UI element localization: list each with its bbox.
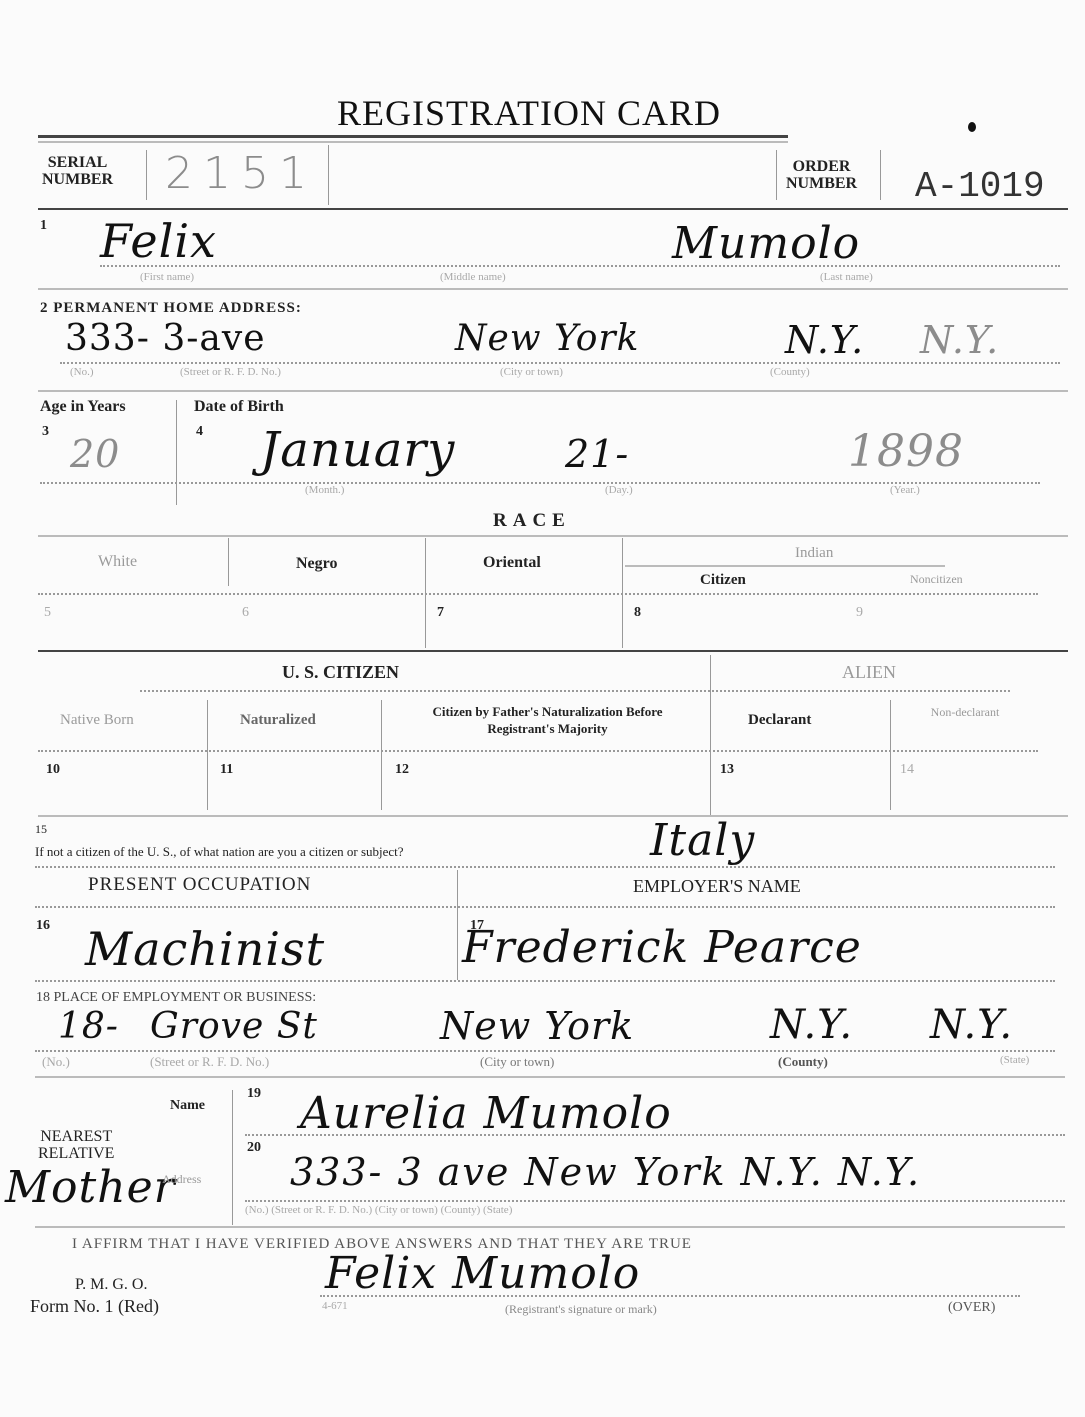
field-12-number: 12 xyxy=(395,762,409,778)
registrant-signature: Felix Mumolo xyxy=(325,1248,640,1299)
declarant-label: Declarant xyxy=(748,712,811,729)
relative-address-caption: (No.) (Street or R. F. D. No.) (City or … xyxy=(245,1204,512,1216)
relative-address-value: 333- 3 ave New York N.Y. N.Y. xyxy=(290,1150,921,1194)
occupation-heading: PRESENT OCCUPATION xyxy=(88,874,311,896)
field-13-number: 13 xyxy=(720,762,734,778)
dob-caption-month: (Month.) xyxy=(305,484,344,496)
ink-dot xyxy=(968,122,976,132)
employment-county: N.Y. xyxy=(770,1002,853,1048)
indian-subrule xyxy=(625,565,945,567)
citizen-divider-2 xyxy=(381,700,382,810)
employment-caption-no: (No.) xyxy=(42,1054,70,1070)
field-5-number: 5 xyxy=(44,605,51,621)
field-10-number: 10 xyxy=(46,762,60,778)
nearest-relative-label: NEAREST RELATIVE xyxy=(38,1128,114,1162)
naturalized-label: Naturalized xyxy=(240,712,316,729)
relative-relation-value: Mother xyxy=(5,1162,176,1213)
nation-question: If not a citizen of the U. S., of what n… xyxy=(35,844,404,860)
first-name-value: Felix xyxy=(100,214,217,268)
field-8-number: 8 xyxy=(634,605,641,621)
occupation-line xyxy=(35,980,1055,982)
fathers-naturalization-label: Citizen by Father's Naturalization Befor… xyxy=(400,703,695,737)
race-noncitizen-label: Noncitizen xyxy=(910,572,963,587)
occupation-divider xyxy=(457,870,458,980)
dob-caption-year: (Year.) xyxy=(890,484,920,496)
race-indian-label: Indian xyxy=(795,545,833,562)
nearest-relative-label-line-1: NEAREST xyxy=(38,1128,114,1145)
order-divider-left xyxy=(776,150,777,200)
race-citizen-label: Citizen xyxy=(700,572,746,589)
title-rule-2 xyxy=(38,141,788,143)
order-number-label: ORDER NUMBER xyxy=(786,158,857,192)
serial-label-line-1: SERIAL xyxy=(42,154,113,171)
address-caption-county: (County) xyxy=(770,366,810,378)
race-label-rule xyxy=(38,593,1038,595)
race-oriental-label: Oriental xyxy=(483,554,541,572)
field-9-number: 9 xyxy=(856,605,863,621)
over-label: (OVER) xyxy=(948,1300,995,1316)
citizen-divider-1 xyxy=(207,700,208,810)
citizen-label-rule xyxy=(38,750,1038,752)
address-caption-city: (City or town) xyxy=(500,366,563,378)
field-20-number: 20 xyxy=(247,1140,261,1156)
occupation-value: Machinist xyxy=(85,922,325,976)
age-value: 20 xyxy=(70,432,120,476)
employer-value: Frederick Pearce xyxy=(462,922,862,973)
address-caption-street: (Street or R. F. D. No.) xyxy=(180,366,281,378)
serial-box-right xyxy=(328,145,329,205)
field-14-number: 14 xyxy=(900,762,914,778)
alien-heading: ALIEN xyxy=(842,662,896,683)
relative-name-value: Aurelia Mumolo xyxy=(300,1088,672,1139)
field-7-number: 7 xyxy=(437,605,444,621)
home-address-street: 333- 3-ave xyxy=(65,318,266,359)
employer-heading: EMPLOYER'S NAME xyxy=(633,876,801,897)
field-1-number: 1 xyxy=(40,218,47,234)
print-code: 4-671 xyxy=(322,1300,348,1312)
employment-caption-city: (City or town) xyxy=(480,1054,554,1070)
order-label-line-2: NUMBER xyxy=(786,175,857,192)
field-3-number: 3 xyxy=(42,424,49,440)
race-heading-rule xyxy=(38,535,1068,537)
nation-line xyxy=(35,866,1055,868)
age-divider xyxy=(176,400,177,505)
name-line xyxy=(100,265,1060,267)
first-name-caption: (First name) xyxy=(140,271,194,283)
last-name-value: Mumolo xyxy=(672,218,860,269)
serial-label-line-2: NUMBER xyxy=(42,171,113,188)
citizen-bottom-rule xyxy=(38,815,1068,817)
native-born-label: Native Born xyxy=(60,712,134,729)
form-pmgo: P. M. G. O. xyxy=(75,1276,147,1294)
home-address-county: N.Y. xyxy=(785,318,864,362)
citizen-alien-divider xyxy=(710,655,711,815)
field-16-number: 16 xyxy=(36,918,50,934)
age-label: Age in Years xyxy=(40,398,126,416)
form-number: Form No. 1 (Red) xyxy=(30,1296,159,1317)
signature-line xyxy=(320,1295,1020,1297)
relative-divider xyxy=(232,1090,233,1225)
field-15-number: 15 xyxy=(35,822,47,837)
address-line xyxy=(60,362,1060,364)
field-4-number: 4 xyxy=(196,424,203,440)
relative-name-label: Name xyxy=(170,1098,205,1114)
relative-address-label: Address xyxy=(162,1172,201,1187)
order-label-line-1: ORDER xyxy=(786,158,857,175)
employment-city: New York xyxy=(440,1004,634,1048)
name-row-rule xyxy=(38,288,1068,290)
serial-divider xyxy=(146,150,147,200)
serial-number-value: 2151 xyxy=(165,148,317,199)
dob-year-value: 1898 xyxy=(848,426,964,477)
race-white-label: White xyxy=(98,553,137,571)
dob-label: Date of Birth xyxy=(194,398,284,416)
citizen-divider-4 xyxy=(890,700,891,810)
serial-row-rule xyxy=(38,208,1068,210)
nation-answer: Italy xyxy=(650,815,755,866)
last-name-caption: (Last name) xyxy=(820,271,873,283)
relative-name-line xyxy=(245,1134,1065,1136)
home-address-label: 2 PERMANENT HOME ADDRESS: xyxy=(40,300,302,317)
field-11-number: 11 xyxy=(220,762,233,778)
employment-street: Grove St xyxy=(150,1006,318,1047)
employment-caption-state: (State) xyxy=(1000,1054,1029,1066)
non-declarant-label: Non-declarant xyxy=(925,705,1005,720)
card-title: REGISTRATION CARD xyxy=(337,92,721,134)
relative-bottom-rule xyxy=(35,1226,1065,1228)
address-caption-no: (No.) xyxy=(70,366,94,378)
order-number-value: A-1019 xyxy=(915,166,1045,207)
dob-caption-day: (Day.) xyxy=(605,484,633,496)
home-address-city: New York xyxy=(455,318,639,359)
title-rule xyxy=(38,135,788,138)
occupation-heading-rule xyxy=(35,906,1055,908)
dob-month-value: January xyxy=(260,422,455,478)
race-heading: RACE xyxy=(493,510,571,532)
employment-place-label: 18 PLACE OF EMPLOYMENT OR BUSINESS: xyxy=(36,990,316,1006)
signature-caption: (Registrant's signature or mark) xyxy=(505,1302,657,1317)
employment-caption-county: (County) xyxy=(778,1054,828,1070)
middle-name-caption: (Middle name) xyxy=(440,271,506,283)
dob-day-value: 21- xyxy=(565,432,629,476)
race-negro-label: Negro xyxy=(296,555,337,573)
citizen-heading-rule xyxy=(140,690,1010,692)
employment-caption-street: (Street or R. F. D. No.) xyxy=(150,1054,269,1070)
us-citizen-heading: U. S. CITIZEN xyxy=(282,662,399,683)
race-divider-1 xyxy=(228,538,229,586)
serial-number-label: SERIAL NUMBER xyxy=(42,154,113,188)
order-divider xyxy=(880,150,881,200)
employment-bottom-rule xyxy=(35,1076,1065,1078)
relative-address-line xyxy=(245,1200,1065,1202)
nearest-relative-label-line-2: RELATIVE xyxy=(38,1145,114,1162)
address-row-rule xyxy=(38,390,1068,392)
field-19-number: 19 xyxy=(247,1086,261,1102)
employment-line xyxy=(35,1050,1055,1052)
employment-number: 18- xyxy=(58,1006,119,1047)
race-bottom-rule xyxy=(38,650,1068,652)
employment-state: N.Y. xyxy=(930,1002,1013,1048)
field-6-number: 6 xyxy=(242,605,249,621)
home-address-state: N.Y. xyxy=(920,318,999,362)
